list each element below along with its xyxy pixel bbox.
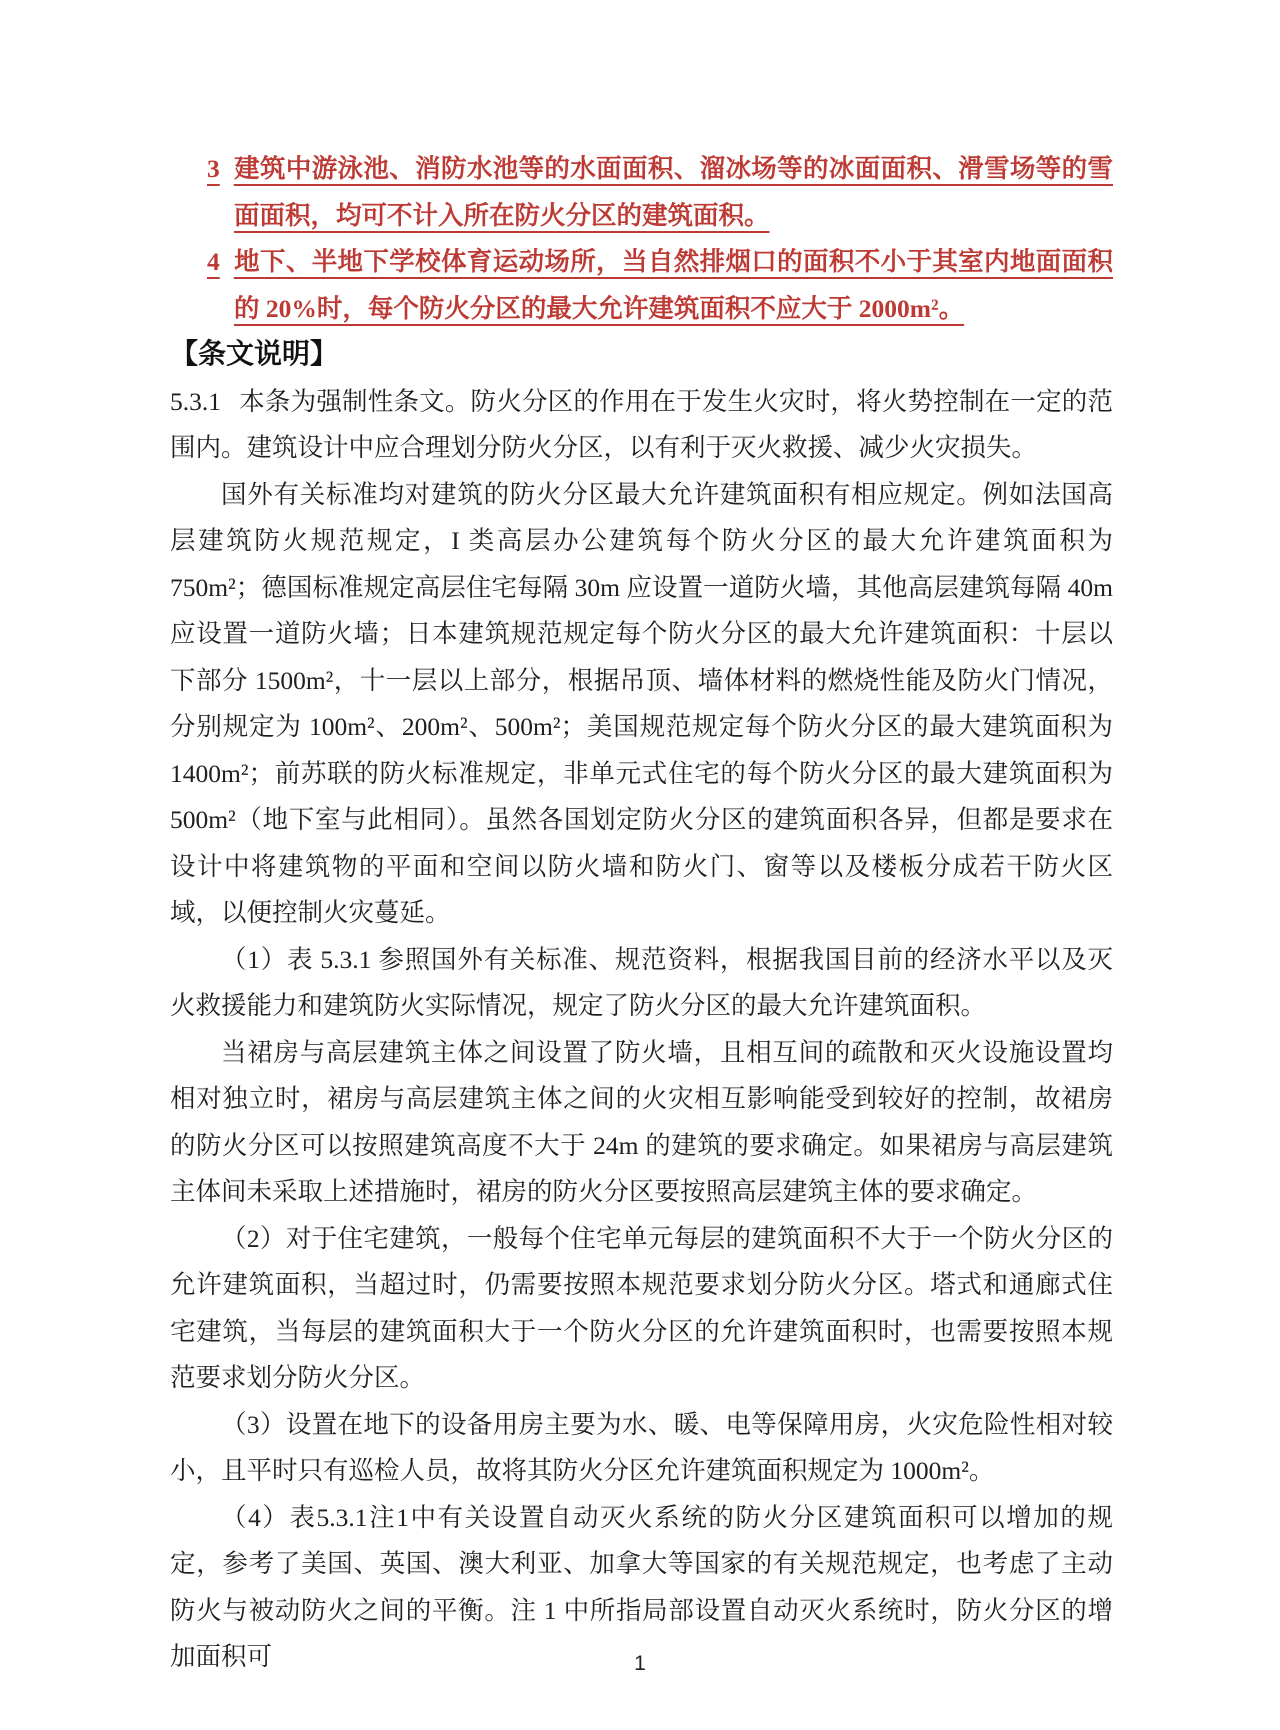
paragraph: 国外有关标准均对建筑的防火分区最大允许建筑面积有相应规定。例如法国高层建筑防火规… xyxy=(170,472,1113,937)
red-clause-line: 4地下、半地下学校体育运动场所，当自然排烟口的面积不小于其室内地面面积的 20%… xyxy=(207,247,1113,323)
clause-text: 本条为强制性条文。防火分区的作用在于发生火灾时，将火势控制在一定的范围内。建筑设… xyxy=(170,387,1113,463)
section-heading: 【条文说明】 xyxy=(170,332,1113,379)
document-page: 3建筑中游泳池、消防水池等的水面面积、溜冰场等的冰面面积、滑雪场等的雪面面积，均… xyxy=(0,0,1280,1730)
red-clause-text: 地下、半地下学校体育运动场所，当自然排烟口的面积不小于其室内地面面积的 20%时… xyxy=(234,247,1113,323)
page-content: 3建筑中游泳池、消防水池等的水面面积、溜冰场等的冰面面积、滑雪场等的雪面面积，均… xyxy=(170,146,1113,1681)
red-clause-line: 3建筑中游泳池、消防水池等的水面面积、溜冰场等的冰面面积、滑雪场等的雪面面积，均… xyxy=(207,154,1113,230)
clause-paragraph: 5.3.1本条为强制性条文。防火分区的作用在于发生火灾时，将火势控制在一定的范围… xyxy=(170,379,1113,472)
paragraph: 当裙房与高层建筑主体之间设置了防火墙，且相互间的疏散和灭火设施设置均相对独立时，… xyxy=(170,1030,1113,1216)
red-clause-number: 4 xyxy=(207,247,234,276)
paragraph: （1）表 5.3.1 参照国外有关标准、规范资料，根据我国目前的经济水平以及灭火… xyxy=(170,937,1113,1030)
red-clause-item-4: 4地下、半地下学校体育运动场所，当自然排烟口的面积不小于其室内地面面积的 20%… xyxy=(170,239,1113,332)
red-clause-text: 建筑中游泳池、消防水池等的水面面积、溜冰场等的冰面面积、滑雪场等的雪面面积，均可… xyxy=(234,154,1113,230)
paragraph: （3）设置在地下的设备用房主要为水、暖、电等保障用房，火灾危险性相对较小，且平时… xyxy=(170,1402,1113,1495)
paragraph: （2）对于住宅建筑，一般每个住宅单元每层的建筑面积不大于一个防火分区的允许建筑面… xyxy=(170,1216,1113,1402)
page-number: 1 xyxy=(0,1652,1280,1676)
red-clause-item-3: 3建筑中游泳池、消防水池等的水面面积、溜冰场等的冰面面积、滑雪场等的雪面面积，均… xyxy=(170,146,1113,239)
clause-number: 5.3.1 xyxy=(170,387,221,416)
red-clause-number: 3 xyxy=(207,154,234,183)
